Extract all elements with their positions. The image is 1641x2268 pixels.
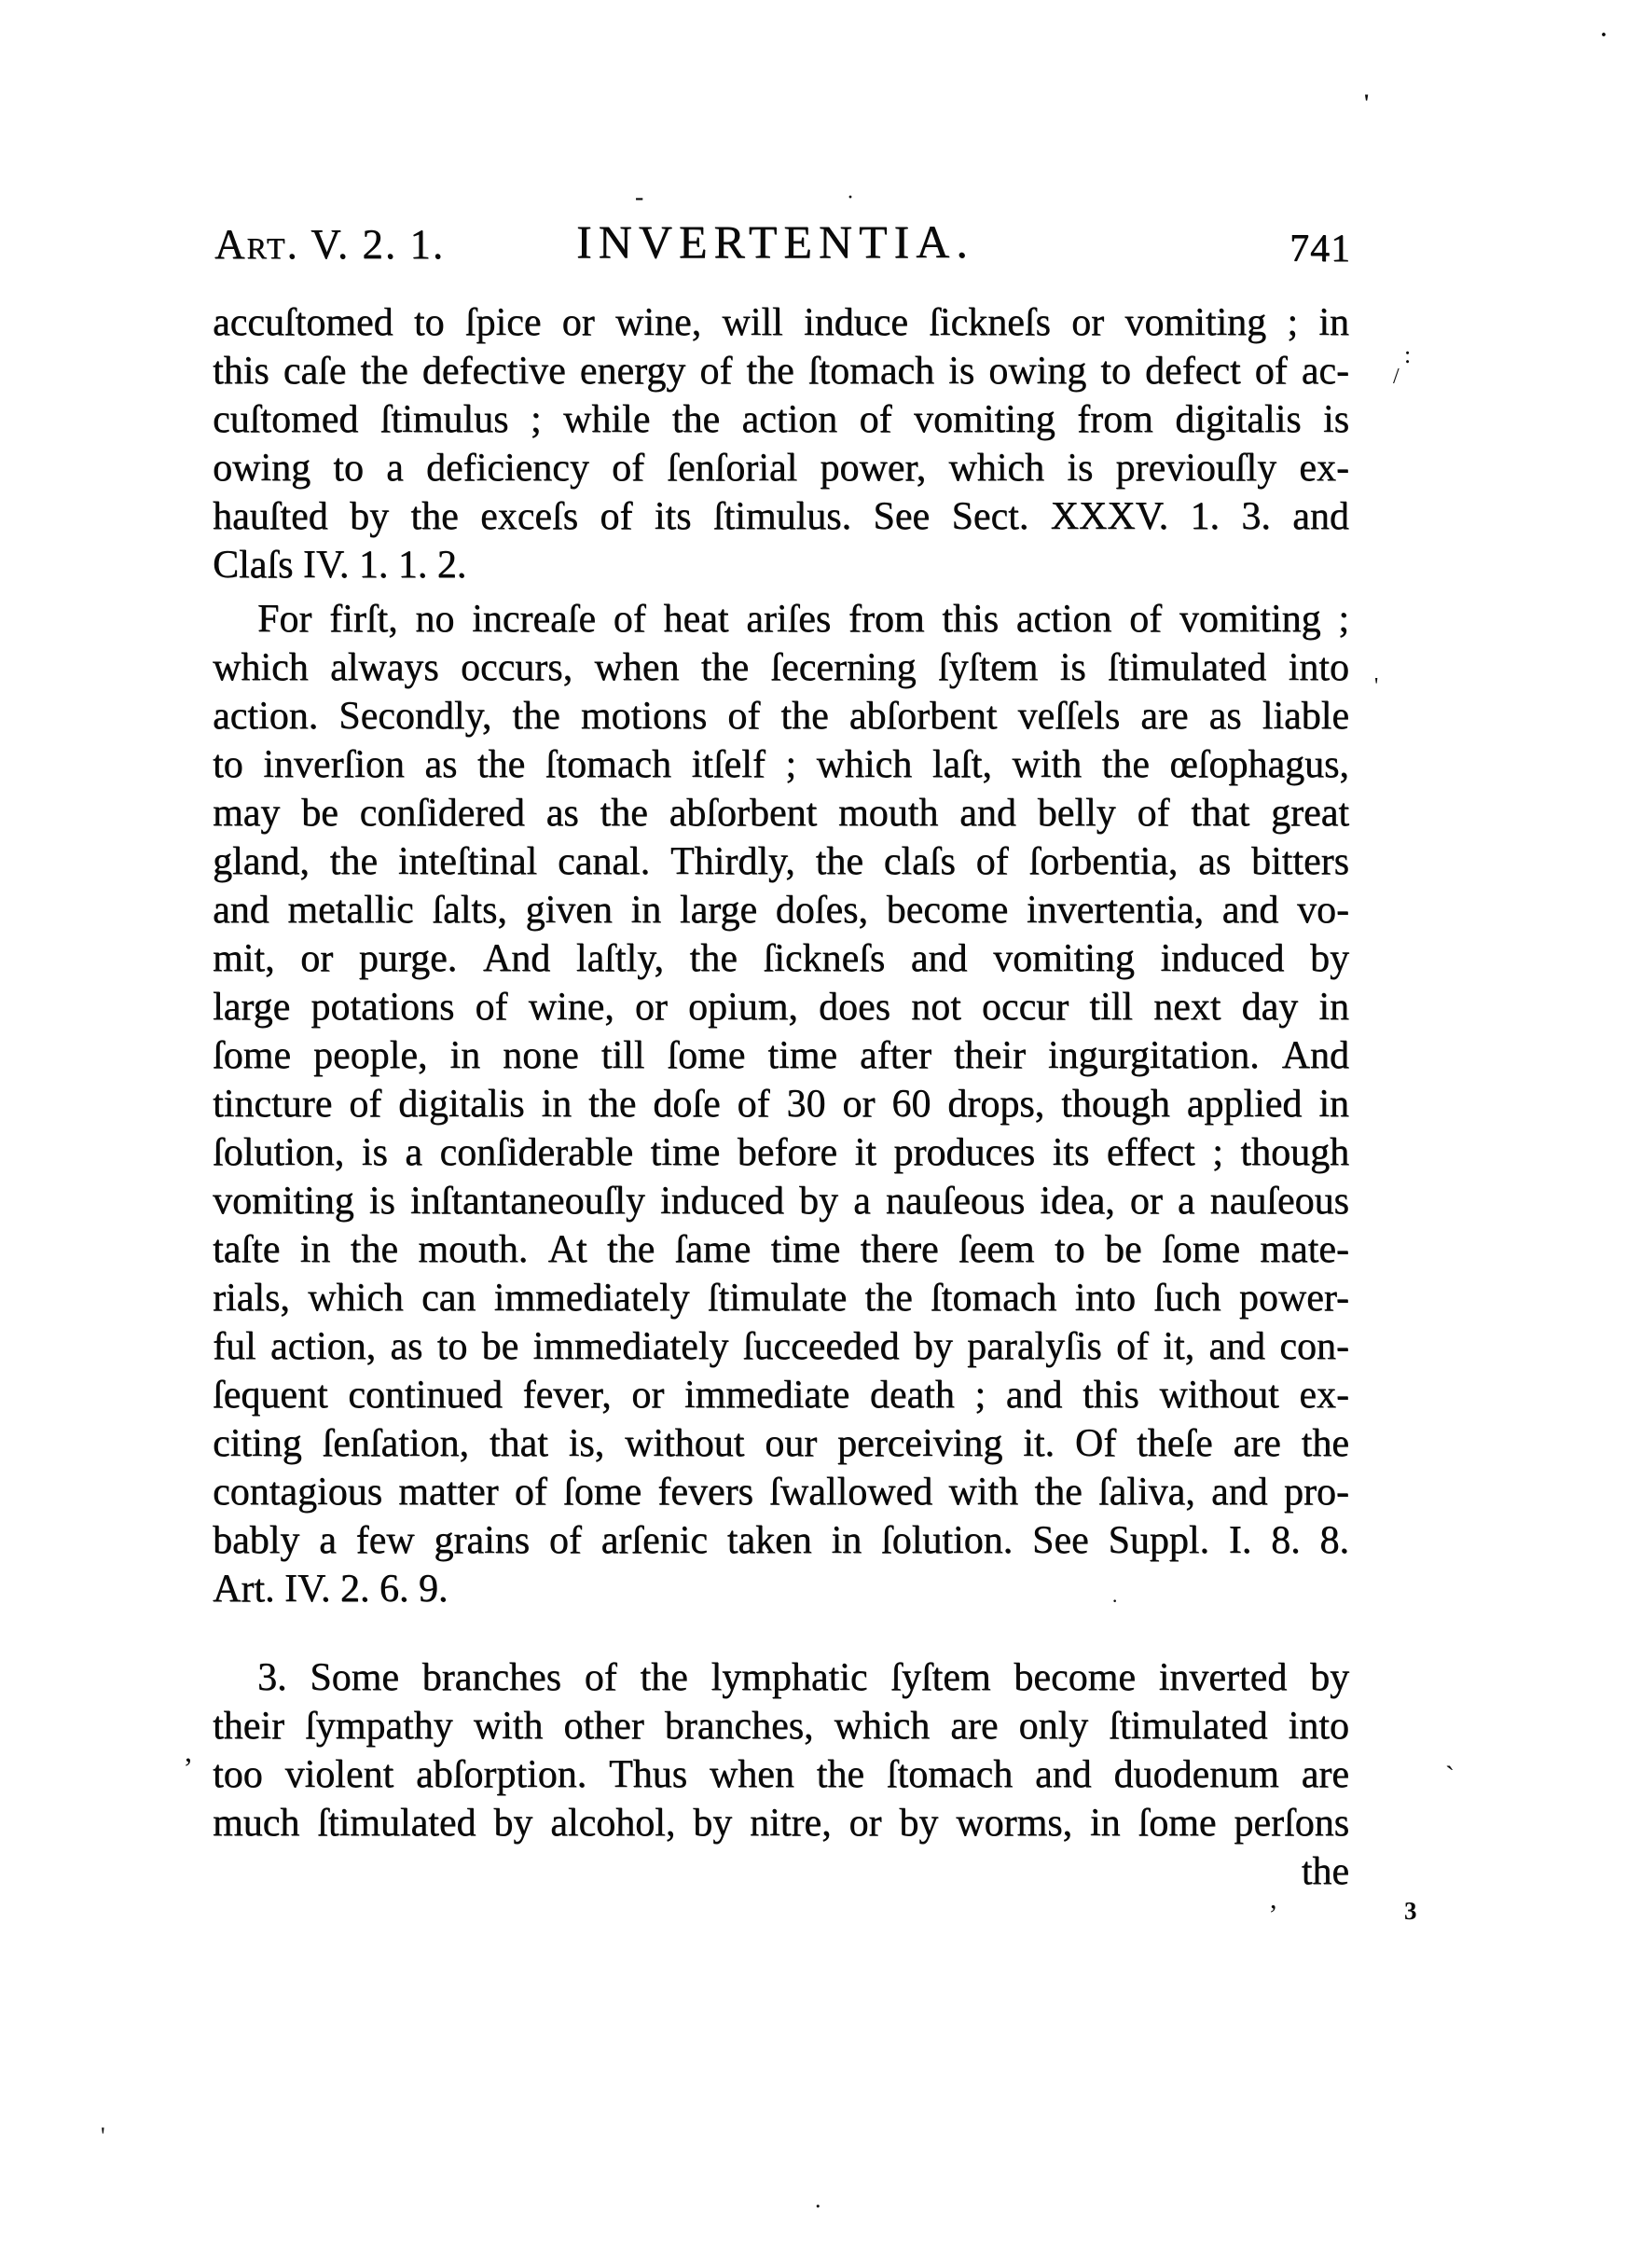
scan-speck: · — [847, 187, 854, 209]
scan-speck: : — [1404, 343, 1411, 367]
text-block: accuſtomedtoſpiceorwine,willinduceſickne… — [213, 298, 1349, 1896]
para-continuation: accuſtomedtoſpiceorwine,willinduceſickne… — [213, 298, 1349, 589]
catchword: the — [213, 1847, 1349, 1896]
text-line: tinctureofdigitalisinthedoſeof30or60drop… — [213, 1080, 1349, 1128]
text-line: action.Secondly,themotionsoftheabſorbent… — [213, 692, 1349, 740]
text-line: Forfirſt,noincreaſeofheatariſesfromthisa… — [213, 595, 1349, 643]
scan-speck: - — [635, 185, 643, 211]
text-line: vomitingisinſtantaneouſlyinducedbyanauſe… — [213, 1177, 1349, 1225]
text-line: maybeconſideredastheabſorbentmouthandbel… — [213, 789, 1349, 837]
text-line: Art. IV. 2. 6. 9. — [213, 1565, 1349, 1613]
text-line: bablyafewgrainsofarſenictakeninſolution.… — [213, 1516, 1349, 1565]
text-line: Claſs IV. 1. 1. 2. — [213, 541, 1349, 589]
running-title: INVERTENTIA. — [576, 214, 974, 269]
scan-speck: ' — [1374, 675, 1378, 698]
scan-speck: ' — [101, 2124, 105, 2149]
text-line: muchſtimulatedbyalcohol,bynitre,orbyworm… — [213, 1799, 1349, 1847]
page-number: 741 — [1289, 227, 1347, 271]
text-line: gland,theinteſtinalcanal.Thirdly,theclaſ… — [213, 837, 1349, 886]
article-reference: Art. V. 2. 1. — [214, 220, 445, 269]
scan-speck: · — [1600, 24, 1607, 47]
scan-speck: ` — [1445, 1763, 1455, 1791]
scan-speck: , — [1270, 1886, 1277, 1914]
text-line: whichalwaysoccurs,whentheſecerningſyſtem… — [213, 643, 1349, 692]
text-line: largepotationsofwine,oropium,doesnotoccu… — [213, 983, 1349, 1031]
text-line: fulaction,astobeimmediatelyſucceededbypa… — [213, 1322, 1349, 1371]
text-line: hauſtedbytheexceſsofitsſtimulus.SeeSect.… — [213, 492, 1349, 541]
text-line: accuſtomedtoſpiceorwine,willinduceſickne… — [213, 298, 1349, 347]
text-line: 3.Somebranchesofthelymphaticſyſtembecome… — [213, 1653, 1349, 1702]
text-line: contagiousmatterofſomefeversſwallowedwit… — [213, 1468, 1349, 1516]
text-line: thiscaſethedefectiveenergyoftheſtomachis… — [213, 347, 1349, 395]
text-line: tooviolentabſorption.Thuswhentheſtomacha… — [213, 1750, 1349, 1799]
text-line: ſomepeople,innonetillſometimeaftertheiri… — [213, 1031, 1349, 1080]
text-line: cuſtomedſtimulus;whiletheactionofvomitin… — [213, 395, 1349, 444]
text-line: citingſenſation,thatis,withoutourperceiv… — [213, 1419, 1349, 1468]
scan-speck: , — [185, 1736, 192, 1766]
scan-speck: · — [1111, 1591, 1118, 1611]
text-line: andmetallicſalts,giveninlargedoſes,becom… — [213, 886, 1349, 934]
text-line: theirſympathywithotherbranches,whichareo… — [213, 1702, 1349, 1750]
text-line: owingtoadeficiencyofſenſorialpower,which… — [213, 444, 1349, 492]
scan-speck: . — [815, 2188, 821, 2212]
text-line: ſequentcontinuedfever,orimmediatedeath;a… — [213, 1371, 1349, 1419]
scan-speck: ' — [1363, 91, 1370, 116]
para-for-first: Forfirſt,noincreaſeofheatariſesfromthisa… — [213, 595, 1349, 1613]
scan-speck: 3 — [1404, 1899, 1417, 1924]
text-line: ſolution,isaconſiderabletimebeforeitprod… — [213, 1128, 1349, 1177]
book-page: Art. V. 2. 1. INVERTENTIA. 741 accuſtome… — [0, 0, 1641, 2268]
text-line: toinverſionastheſtomachitſelf;whichlaſt,… — [213, 740, 1349, 789]
text-line: taſteinthemouth.Attheſametimethereſeemto… — [213, 1225, 1349, 1274]
text-line: rials,whichcanimmediatelyſtimulatetheſto… — [213, 1274, 1349, 1322]
scan-speck: / — [1393, 366, 1400, 388]
para-3-lymphatic: 3.Somebranchesofthelymphaticſyſtembecome… — [213, 1653, 1349, 1847]
text-line: mit,orpurge.Andlaſtly,theſickneſsandvomi… — [213, 934, 1349, 983]
